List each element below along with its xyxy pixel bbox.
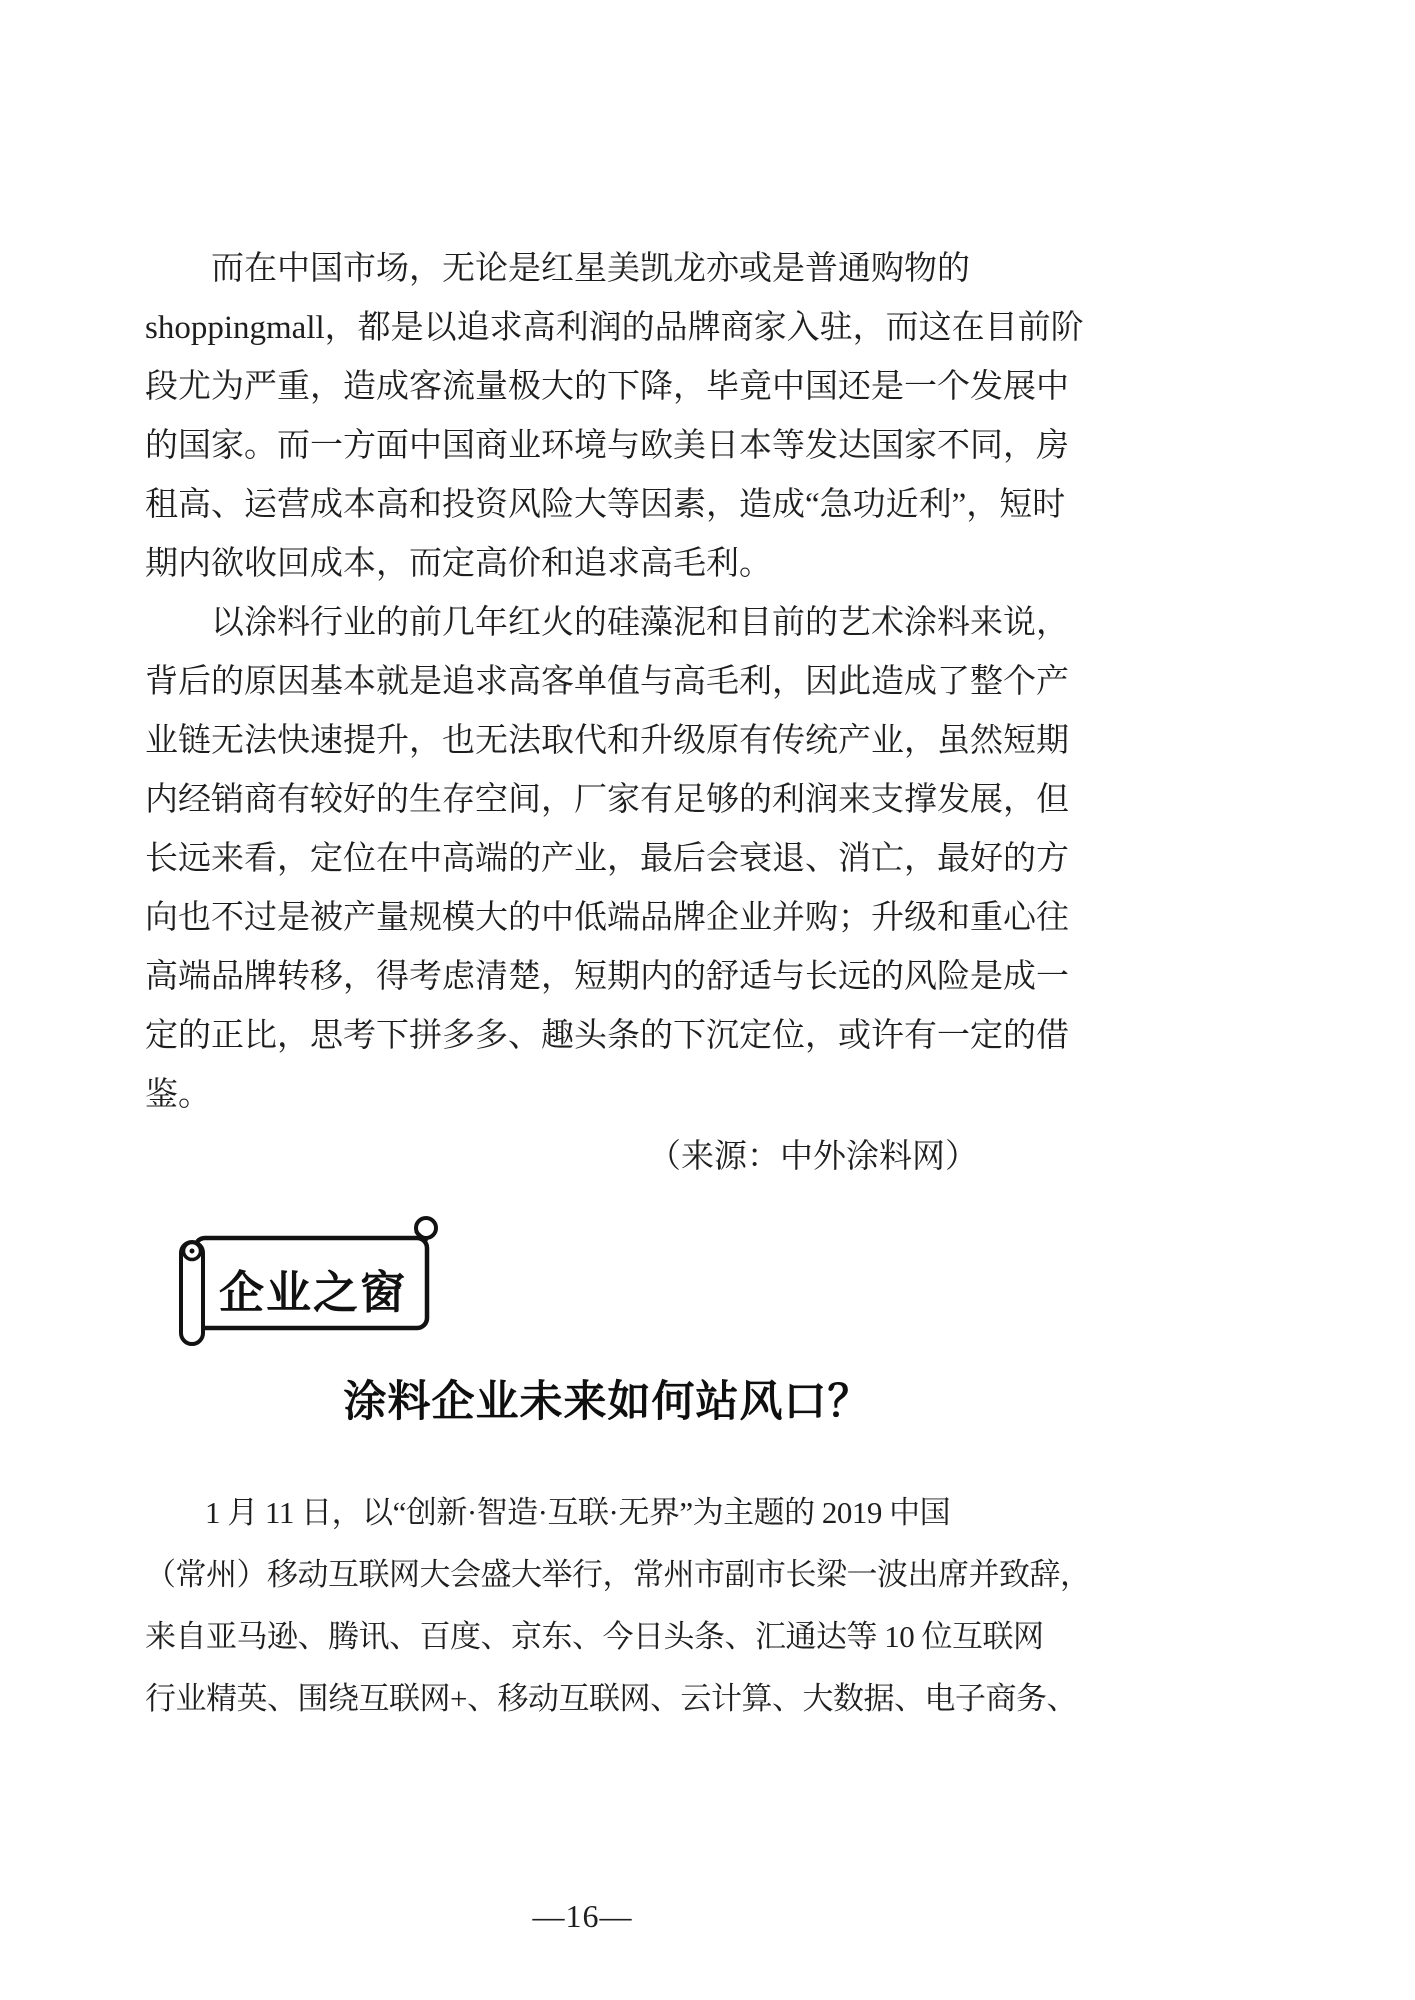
text-line: 1 月 11 日，以“创新·智造·互联·无界”为主题的 2019 中国 xyxy=(145,1482,1090,1544)
page-number: —16— xyxy=(145,1898,1020,1935)
text-line: 向也不过是被产量规模大的中低端品牌企业并购；升级和重心往 xyxy=(145,889,1090,948)
section-banner-label: 企业之窗 xyxy=(202,1256,424,1321)
paragraph-2: 以涂料行业的前几年红火的硅藻泥和目前的艺术涂料来说， 背后的原因基本就是追求高客… xyxy=(145,594,1090,1125)
text-line: 期内欲收回成本，而定高价和追求高毛利。 xyxy=(145,535,1090,594)
text-line: shoppingmall，都是以追求高利润的品牌商家入驻，而这在目前阶 xyxy=(145,299,1090,358)
text-line: 长远来看，定位在中高端的产业，最后会衰退、消亡，最好的方 xyxy=(145,830,1090,889)
text-line: 背后的原因基本就是追求高客单值与高毛利，因此造成了整个产 xyxy=(145,653,1090,712)
text-line: （常州）移动互联网大会盛大举行，常州市副市长梁一波出席并致辞， xyxy=(145,1544,1090,1606)
text-line: 鉴。 xyxy=(145,1066,1090,1125)
text-line: 租高、运营成本高和投资风险大等因素，造成“急功近利”，短时 xyxy=(145,476,1090,535)
text-line: 以涂料行业的前几年红火的硅藻泥和目前的艺术涂料来说， xyxy=(145,594,1090,653)
article-title: 涂料企业未来如何站风口？ xyxy=(145,1368,1070,1429)
article2-body: 1 月 11 日，以“创新·智造·互联·无界”为主题的 2019 中国 （常州）… xyxy=(145,1482,1090,1730)
paragraph-1: 而在中国市场，无论是红星美凯龙亦或是普通购物的 shoppingmall，都是以… xyxy=(145,240,1090,594)
text-line: 而在中国市场，无论是红星美凯龙亦或是普通购物的 xyxy=(145,240,1090,299)
source-attribution: （来源：中外涂料网） xyxy=(145,1128,1070,1187)
text-line: 内经销商有较好的生存空间，厂家有足够的利润来支撑发展，但 xyxy=(145,771,1090,830)
article1-body: 而在中国市场，无论是红星美凯龙亦或是普通购物的 shoppingmall，都是以… xyxy=(145,240,1090,1125)
document-page: 而在中国市场，无论是红星美凯龙亦或是普通购物的 shoppingmall，都是以… xyxy=(0,0,1415,2000)
text-line: 业链无法快速提升，也无法取代和升级原有传统产业，虽然短期 xyxy=(145,712,1090,771)
section-banner: 企业之窗 xyxy=(140,1212,450,1364)
text-line: 定的正比，思考下拼多多、趣头条的下沉定位，或许有一定的借 xyxy=(145,1007,1090,1066)
text-line: 来自亚马逊、腾讯、百度、京东、今日头条、汇通达等 10 位互联网 xyxy=(145,1606,1090,1668)
text-line: 高端品牌转移，得考虑清楚，短期内的舒适与长远的风险是成一 xyxy=(145,948,1090,1007)
text-line: 行业精英、围绕互联网+、移动互联网、云计算、大数据、电子商务、 xyxy=(145,1668,1090,1730)
text-line: 段尤为严重，造成客流量极大的下降，毕竟中国还是一个发展中 xyxy=(145,358,1090,417)
text-line: 的国家。而一方面中国商业环境与欧美日本等发达国家不同，房 xyxy=(145,417,1090,476)
